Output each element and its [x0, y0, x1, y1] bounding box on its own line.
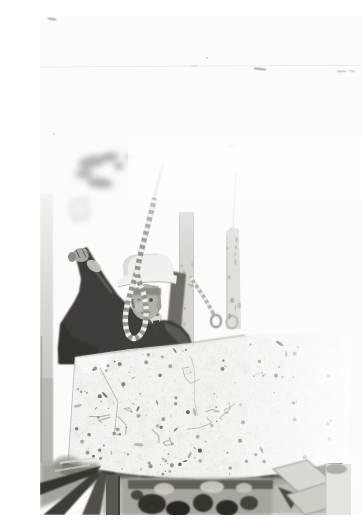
- top-overexposure-fade: [128, 134, 362, 256]
- worker-thumb: [68, 252, 76, 262]
- photo-canvas: [40, 16, 362, 515]
- photograph: [40, 16, 362, 515]
- eye-right: [149, 298, 153, 302]
- right-strip-cap: [325, 464, 347, 474]
- ear: [157, 302, 162, 310]
- brow-shadow: [133, 288, 161, 295]
- dark-post: [106, 475, 120, 515]
- wall-edge: [40, 194, 53, 464]
- cheek-highlight: [135, 300, 143, 312]
